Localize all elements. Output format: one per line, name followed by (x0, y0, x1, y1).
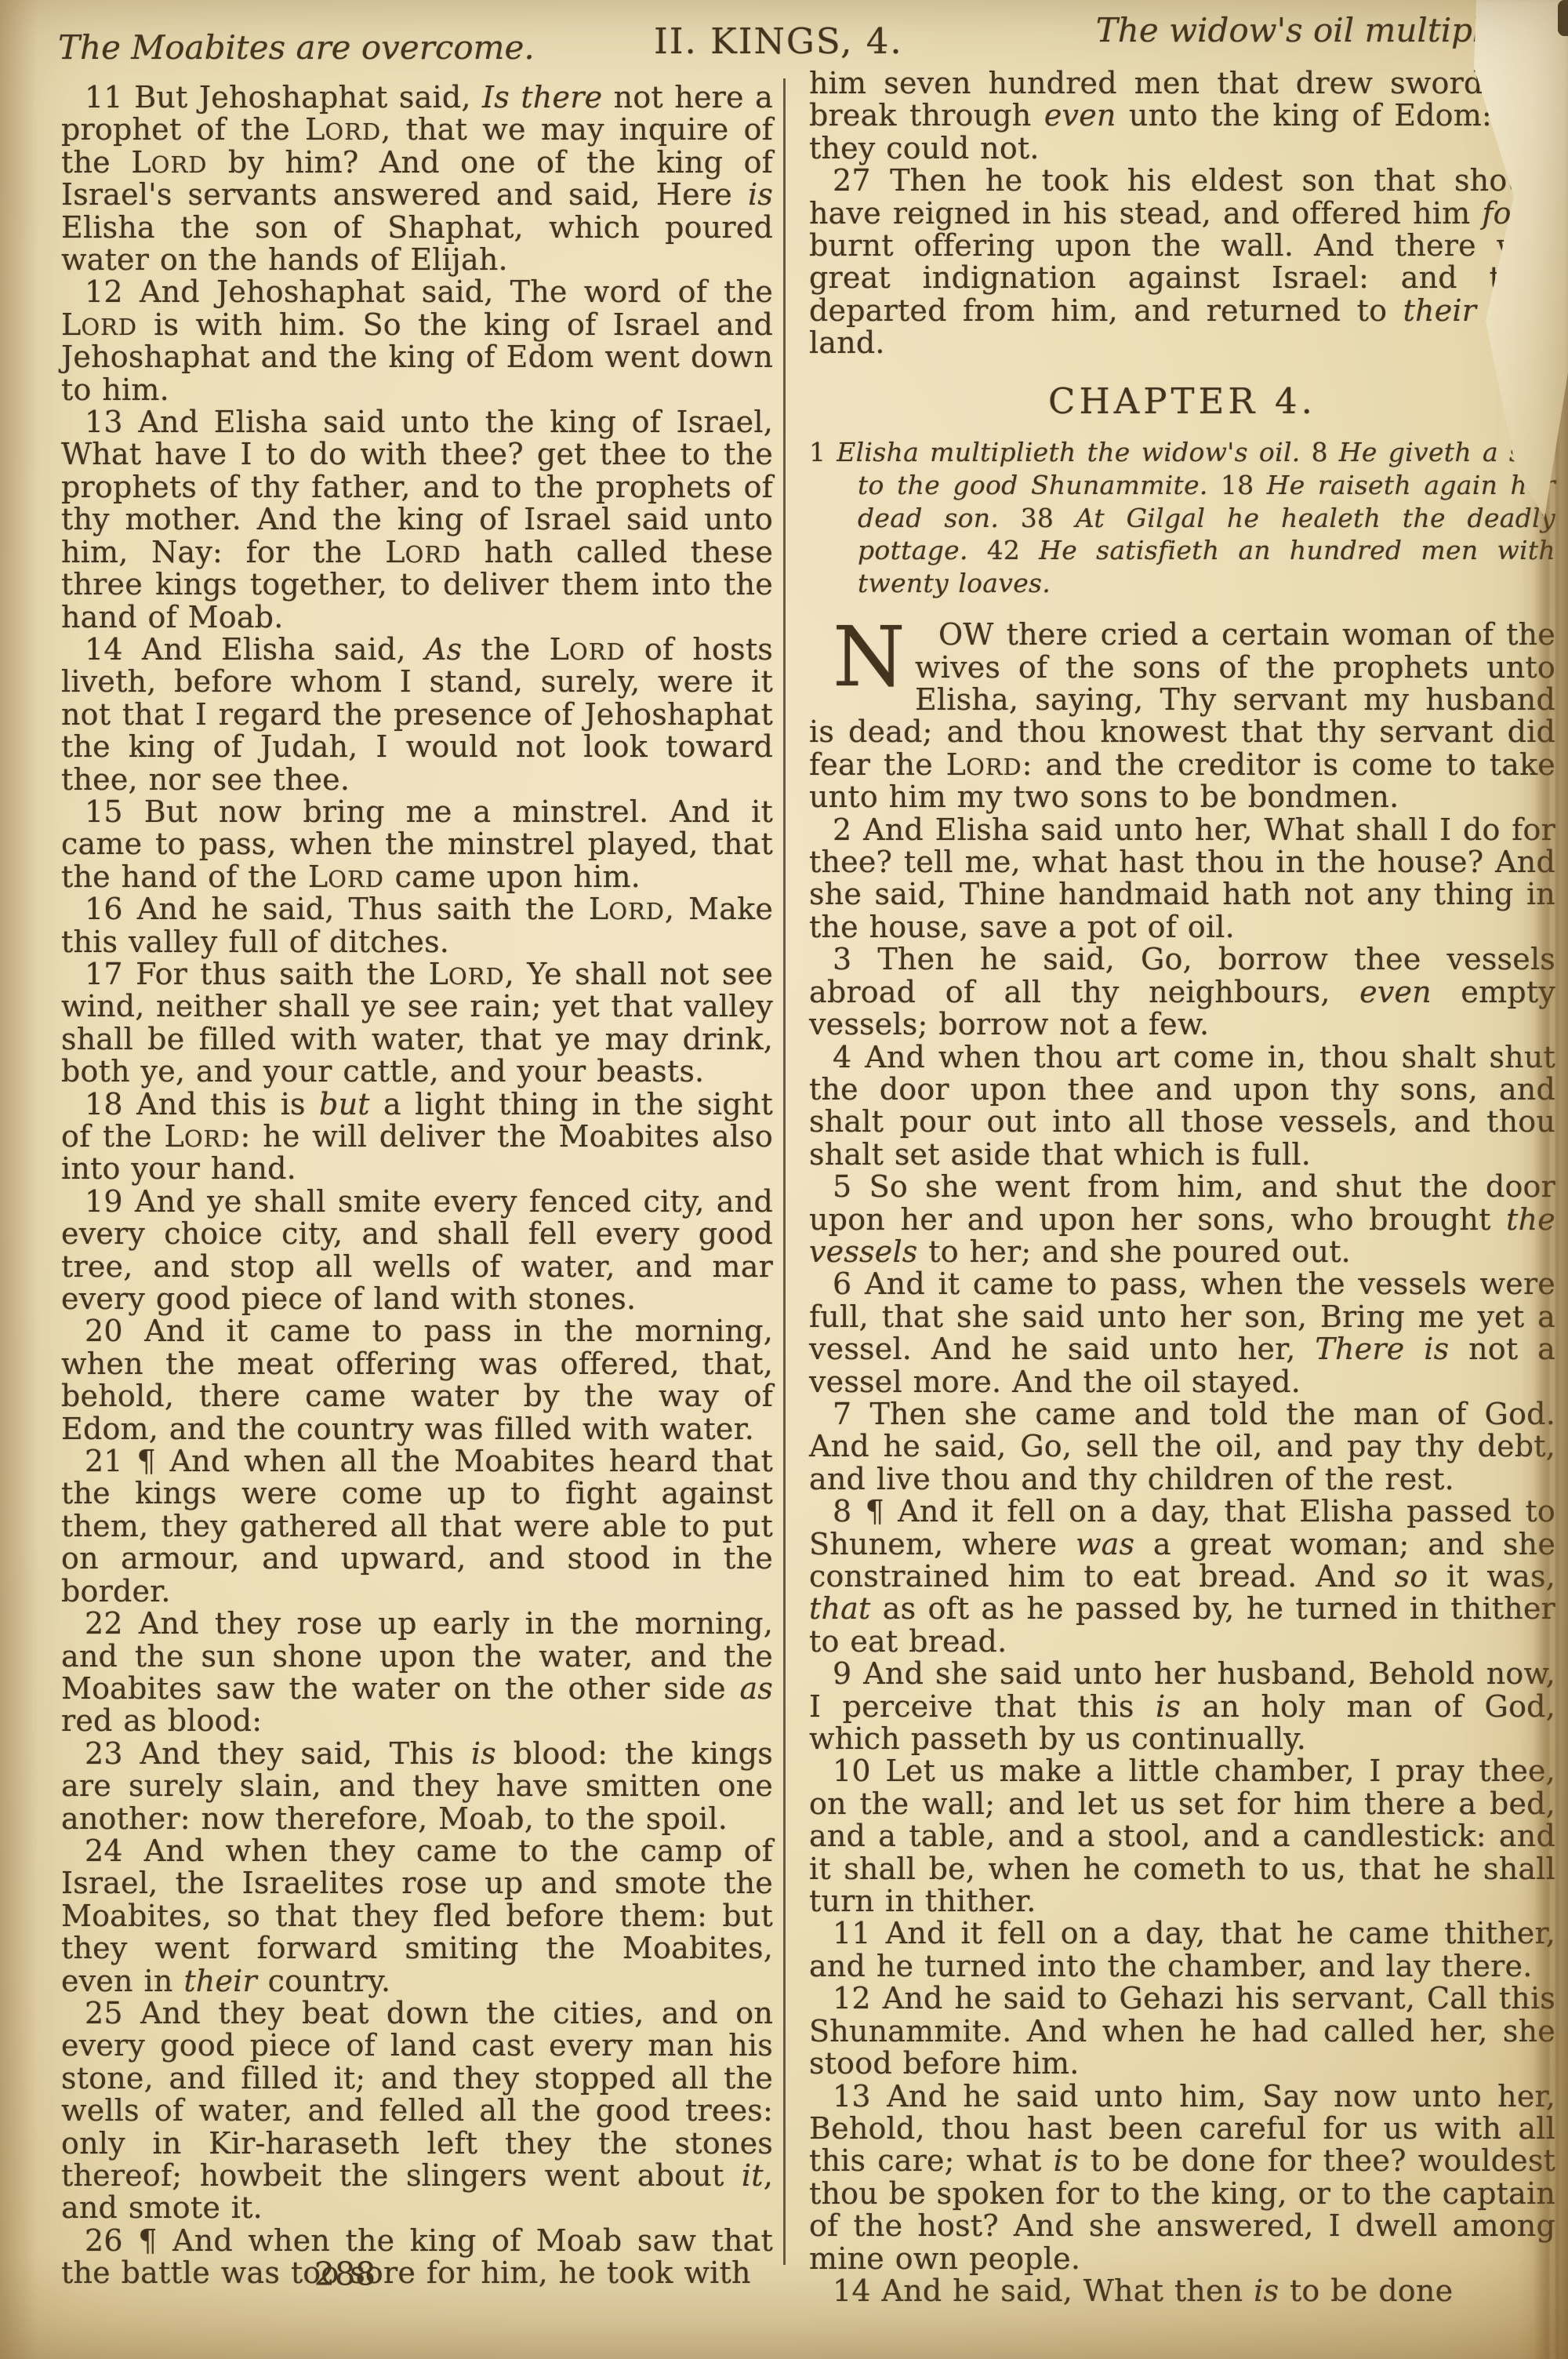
verse: 11 And it fell on a day, that he came th… (809, 1917, 1555, 1983)
left-column: 11 But Jehoshaphat said, Is there not he… (61, 82, 773, 2290)
running-head-right: The widow's oil multiplied. (1096, 11, 1544, 49)
page-number: 288 (212, 2255, 478, 2293)
verse-number: 13 (85, 405, 123, 439)
lord-small-caps: LORD (308, 860, 384, 894)
verse-number: 3 (833, 942, 851, 976)
verse: 27 Then he took his eldest son that shou… (809, 165, 1555, 359)
summary-verse-ref: 42 (987, 535, 1020, 565)
page-gutter-shade (0, 0, 38, 2359)
lord-small-caps: LORD (946, 747, 1022, 782)
verse-number: 13 (833, 2079, 871, 2114)
verse-number: 5 (833, 1169, 851, 1204)
verse: 12 And Jehoshaphat said, The word of the… (61, 276, 773, 406)
verse: 14 And he said, What then is to be done (809, 2275, 1555, 2307)
running-head-left: The Moabites are overcome. (58, 28, 535, 67)
verse: 13 And Elisha said unto the king of Isra… (61, 406, 773, 634)
lord-small-caps: LORD (429, 957, 505, 991)
verse: 7 Then she came and told the man of God.… (809, 1398, 1555, 1496)
verse: 4 And when thou art come in, thou shalt … (809, 1041, 1555, 1172)
verse: 12 And he said to Gehazi his servant, Ca… (809, 1983, 1555, 2080)
verse: 24 And when they came to the camp of Isr… (61, 1835, 773, 1997)
verse-number: 12 (85, 274, 123, 309)
verse: 10 Let us make a little chamber, I pray … (809, 1755, 1555, 1917)
verse-number: 18 (85, 1087, 123, 1121)
verse-number: 7 (833, 1397, 851, 1431)
summary-verse-ref: 8 (1312, 437, 1328, 467)
verse-number: 25 (85, 1996, 123, 2030)
verse: 5 So she went from him, and shut the doo… (809, 1171, 1555, 1268)
verse-number: 24 (85, 1834, 123, 1868)
verse-number: 4 (833, 1040, 851, 1074)
verse-number: 22 (85, 1606, 123, 1641)
verse-number: 23 (85, 1736, 123, 1771)
verse: 21 ¶ And when all the Moabites heard tha… (61, 1445, 773, 1608)
verse: 15 But now bring me a minstrel. And it c… (61, 796, 773, 893)
chapter3-continuation: him seven hundred men that drew swords, … (809, 67, 1555, 360)
verse: NOW there cried a certain woman of the w… (809, 619, 1555, 813)
verse-number: 11 (833, 1916, 871, 1950)
verse: 20 And it came to pass in the morning, w… (61, 1315, 773, 1445)
verse-number: 19 (85, 1184, 123, 1219)
verse: 11 But Jehoshaphat said, Is there not he… (61, 82, 773, 276)
verse-number: 9 (833, 1656, 851, 1691)
verse-number: 12 (833, 1981, 871, 2016)
verse: 18 And this is but a light thing in the … (61, 1089, 773, 1186)
verse-number: 27 (833, 163, 871, 198)
lord-small-caps: LORD (61, 307, 137, 342)
scanned-bible-page: The Moabites are overcome. II. KINGS, 4.… (0, 0, 1568, 2359)
verse-number: 20 (85, 1314, 123, 1348)
verse-number: 14 (85, 632, 123, 667)
verse-number: 2 (833, 812, 851, 847)
column-divider (783, 78, 786, 2265)
verse: 23 And they said, This is blood: the kin… (61, 1738, 773, 1835)
summary-verse-ref: 18 (1221, 470, 1254, 500)
chapter-summary: 1 Elisha multiplieth the widow's oil. 8 … (809, 436, 1555, 601)
verse-number: 17 (85, 957, 123, 991)
drop-cap: N (809, 619, 915, 692)
verse: 8 ¶ And it fell on a day, that Elisha pa… (809, 1496, 1555, 1658)
verse: 13 And he said unto him, Say now unto he… (809, 2081, 1555, 2275)
verse-number: 21 (85, 1444, 123, 1478)
verse-number: 6 (833, 1267, 851, 1301)
summary-verse-ref: 38 (1021, 503, 1054, 533)
verse-number: 10 (833, 1754, 871, 1788)
verse: 9 And she said unto her husband, Behold … (809, 1658, 1555, 1755)
running-head-center: II. KINGS, 4. (654, 20, 903, 62)
verse-number: 26 (85, 2223, 123, 2258)
verse: 6 And it came to pass, when the vessels … (809, 1268, 1555, 1398)
verse: 2 And Elisha said unto her, What shall I… (809, 814, 1555, 944)
verse-number: 14 (833, 2274, 871, 2308)
verse: him seven hundred men that drew swords, … (809, 67, 1555, 165)
verse-number: 15 (85, 794, 123, 829)
lord-small-caps: LORD (589, 892, 665, 926)
lord-small-caps: LORD (305, 112, 381, 147)
verse: 17 For thus saith the LORD, Ye shall not… (61, 958, 773, 1089)
chapter-heading: CHAPTER 4. (809, 382, 1555, 420)
verse: 14 And Elisha said, As the LORD of hosts… (61, 634, 773, 796)
lord-small-caps: LORD (165, 1119, 241, 1154)
summary-text: Elisha multiplieth the widow's oil. (837, 437, 1300, 467)
chapter4-verses: NOW there cried a certain woman of the w… (809, 619, 1555, 2307)
lord-small-caps: LORD (550, 632, 626, 667)
verse-number: 11 (85, 80, 123, 114)
right-column: him seven hundred men that drew swords, … (809, 67, 1555, 2307)
lord-small-caps: LORD (131, 145, 207, 180)
lord-small-caps: LORD (385, 535, 461, 569)
verse-number: 8 (833, 1494, 851, 1528)
verse-number: 16 (85, 892, 123, 926)
verse: 16 And he said, Thus saith the LORD, Mak… (61, 893, 773, 958)
verse: 3 Then he said, Go, borrow thee vessels … (809, 943, 1555, 1041)
verse: 19 And ye shall smite every fenced city,… (61, 1186, 773, 1316)
page-tab-mark (1558, 0, 1568, 36)
verse: 25 And they beat down the cities, and on… (61, 1997, 773, 2225)
verse: 22 And they rose up early in the morning… (61, 1608, 773, 1738)
summary-verse-ref: 1 (809, 437, 826, 467)
